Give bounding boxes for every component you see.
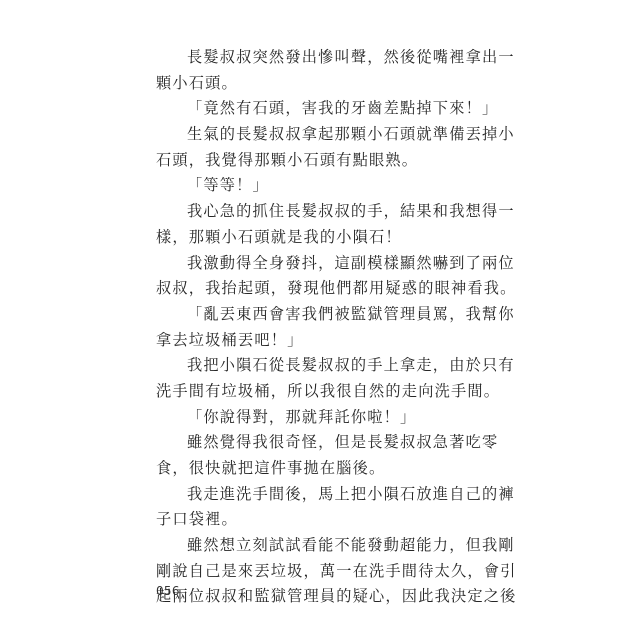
text-line: 剛說自己是來丟垃圾，萬一在洗手間待太久，會引 — [156, 559, 486, 585]
text-line: 長髮叔叔突然發出慘叫聲，然後從嘴裡拿出一 — [156, 45, 486, 71]
dialogue-line: 拿去垃圾桶丟吧！」 — [156, 328, 486, 354]
text-line: 子口袋裡。 — [156, 507, 486, 533]
text-line: 我心急的抓住長髮叔叔的手，結果和我想得一 — [156, 199, 486, 225]
text-line: 洗手間有垃圾桶，所以我很自然的走向洗手間。 — [156, 379, 486, 405]
dialogue-line: 「等等！」 — [156, 173, 486, 199]
dialogue-line: 「亂丟東西會害我們被監獄管理員罵，我幫你 — [156, 302, 486, 328]
text-line: 石頭，我覺得那顆小石頭有點眼熟。 — [156, 148, 486, 174]
dialogue-line: 「竟然有石頭，害我的牙齒差點掉下來！」 — [156, 96, 486, 122]
dialogue-line: 「你說得對，那就拜託你啦！」 — [156, 405, 486, 431]
text-line: 雖然想立刻試試看能不能發動超能力，但我剛 — [156, 533, 486, 559]
text-line: 雖然覺得我很奇怪，但是長髮叔叔急著吃零 — [156, 430, 486, 456]
text-line: 樣，那顆小石頭就是我的小隕石！ — [156, 225, 486, 251]
text-line: 起兩位叔叔和監獄管理員的疑心，因此我決定之後 — [156, 584, 486, 610]
page-number: 056 — [156, 584, 180, 598]
body-text: 長髮叔叔突然發出慘叫聲，然後從嘴裡拿出一 顆小石頭。 「竟然有石頭，害我的牙齒差… — [156, 45, 486, 610]
text-line: 顆小石頭。 — [156, 71, 486, 97]
text-line: 叔叔，我抬起頭，發現他們都用疑惑的眼神看我。 — [156, 276, 486, 302]
text-line: 食，很快就把這件事拋在腦後。 — [156, 456, 486, 482]
text-line: 我激動得全身發抖，這副模樣顯然嚇到了兩位 — [156, 251, 486, 277]
text-line: 生氣的長髮叔叔拿起那顆小石頭就準備丟掉小 — [156, 122, 486, 148]
text-line: 我走進洗手間後，馬上把小隕石放進自己的褲 — [156, 482, 486, 508]
text-line: 我把小隕石從長髮叔叔的手上拿走，由於只有 — [156, 353, 486, 379]
book-page: 長髮叔叔突然發出慘叫聲，然後從嘴裡拿出一 顆小石頭。 「竟然有石頭，害我的牙齒差… — [0, 0, 643, 643]
